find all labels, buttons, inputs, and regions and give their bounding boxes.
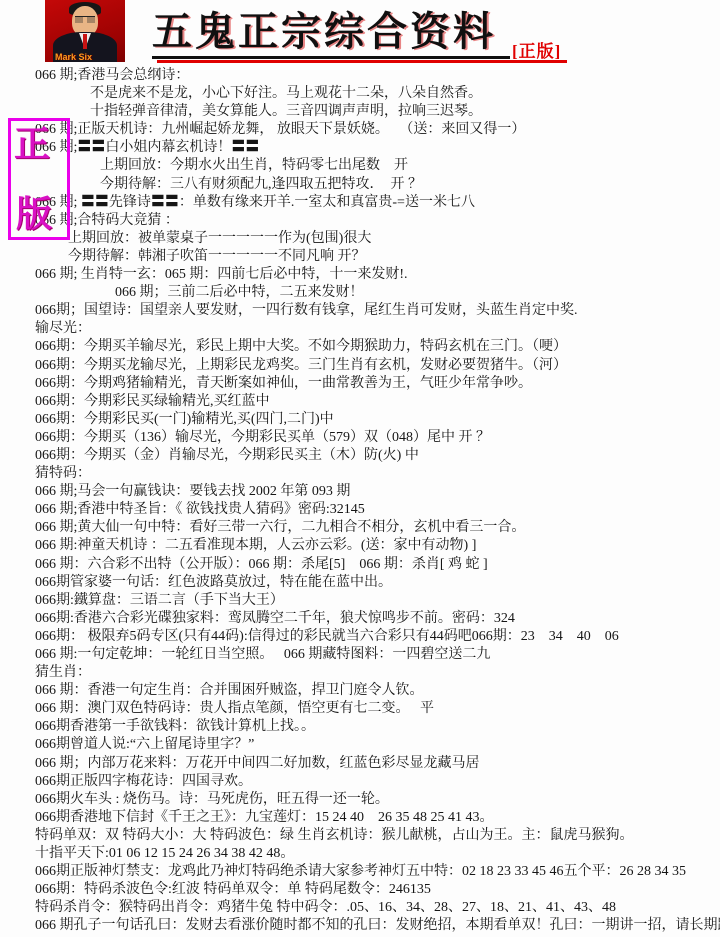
- text-line: 066期：今期买（136）输尽光，今期彩民买单（579）双（048）尾中 开 ？: [0, 429, 720, 447]
- text-line: 066期香港地下信封《千王之王》：九宝莲灯：15 24 40 26 35 48 …: [0, 809, 720, 827]
- text-line: 066期曾道人说:“六上留尾诗里字？”: [0, 736, 720, 754]
- text-line: 066 期孔子一句话孔曰：发财去看涨价随时都不知的孔曰：发财绝招，本期看单双！孔…: [0, 917, 720, 935]
- text-line: 猜特码：: [0, 465, 720, 483]
- text-line: 066 期；三前二后必中特，二五来发财！: [0, 284, 720, 302]
- text-line: 十指平天下:01 06 12 15 24 26 34 38 42 48。: [0, 845, 720, 863]
- text-line: 066 期;香港马会总纲诗：: [0, 67, 720, 85]
- tip-sheet-page: Mark Six 五鬼正宗综合资料 [正版] 正 版 066 期;香港马会总纲诗…: [0, 0, 720, 937]
- text-line: 066 期:神童天机诗 ：二五看准现本期，人云亦云彩。(送：家中有动物) ]: [0, 537, 720, 555]
- text-line: 特码杀肖令：猴特码出肖令：鸡猪牛兔 特中码令：.05、16、34、28、27、1…: [0, 899, 720, 917]
- text-line: 066 期;黄大仙一句中特：看好三带一六行，二九相合不相分，玄机中看三一合。: [0, 519, 720, 537]
- text-line: 066 期:一句定乾坤：一轮红日当空照。 066 期藏特图料：一四碧空送二九: [0, 646, 720, 664]
- text-line: 066期：今期买（金）肖输尽光，今期彩民买主（木）防(火) 中: [0, 447, 720, 465]
- text-line: 066 期;〓〓白小姐内幕玄机诗！〓〓: [0, 139, 720, 157]
- text-line: 066 期;马会一句赢钱诀：要钱去找 2002 年第 093 期: [0, 483, 720, 501]
- text-line: 066 期;正版天机诗：九州崛起娇龙舞， 放眼天下景妖娆。 （送：来回又得一）: [0, 121, 720, 139]
- text-line: 066期管家婆一句话：红色波路莫放过，特在能在蓝中出。: [0, 574, 720, 592]
- text-line: 066期火车头 : 烧伤马。诗：马死虎伤，旺五得一还一轮。: [0, 791, 720, 809]
- text-line: 066期:鐵算盘：三语二言（手下当大王）: [0, 592, 720, 610]
- text-line: 今期待解：韩湘子吹笛一一一一一不同凡响 开？: [0, 248, 720, 266]
- text-line: 十指轻弹音律清，美女算能人。三音四调声声明，拉响三迟琴。: [0, 103, 720, 121]
- title-underline-red: [157, 60, 567, 63]
- text-line: 特码单双：双 特码大小：大 特码波色：绿 生肖玄机诗：猴儿献桃，占山为王。主：鼠…: [0, 827, 720, 845]
- text-line: 猜生肖：: [0, 664, 720, 682]
- text-line: 066期香港第一手欲钱料：欲钱计算机上找。。: [0, 718, 720, 736]
- text-line: 066期；国望诗：国望亲人要发财，一四行数有钱拿，尾红生肖可发财，头蓝生肖定中奖…: [0, 302, 720, 320]
- text-line: 066 期;合特码大竞猜 ：: [0, 212, 720, 230]
- text-line: 066期：今期买龙输尽光，上期彩民龙鸡奖。三门生肖有玄机，发财必要贺猪牛。（河）: [0, 357, 720, 375]
- portrait-tie: [83, 34, 87, 49]
- text-lines: 066 期;香港马会总纲诗：不是虎来不是龙，小心下好注。马上观花十二朵，八朵自然…: [0, 67, 720, 936]
- text-line: 066 期：澳门双色特码诗：贵人指点笔颜，悟空更有七二变。 平: [0, 700, 720, 718]
- text-line: 066期：今期鸡猪输精光，青天断案如神仙，一曲常教善为王，气旺少年常争吵。: [0, 375, 720, 393]
- text-line: 输尽光：: [0, 320, 720, 338]
- text-line: 066期正版神灯禁支：龙鸡此乃神灯特码绝杀请大家参考神灯五中特：02 18 23…: [0, 863, 720, 881]
- publisher-portrait-photo: Mark Six: [45, 0, 125, 62]
- text-line: 不是虎来不是龙，小心下好注。马上观花十二朵，八朵自然香。: [0, 85, 720, 103]
- photo-caption: Mark Six: [55, 52, 92, 62]
- portrait-glasses: [75, 16, 95, 23]
- text-line: 066 期; 〓〓先锋诗〓〓：单数有缘来开羊.一室太和真富贵-=送一米七八: [0, 194, 720, 212]
- title-underline-black: [152, 56, 510, 59]
- text-line: 066期：今期彩民买(一门)输精光,买(四门,二门)中: [0, 411, 720, 429]
- text-line: 066期：今期买羊输尽光，彩民上期中大奖。不如今期猴助力，特码玄机在三门。（哽）: [0, 338, 720, 356]
- text-line: 066 期：香港一句定生肖：合并围困歼贼盗，捍卫门庭令人钦。: [0, 682, 720, 700]
- text-line: 上期回放：被单蒙桌子一一一一一作为(包围)很大: [0, 230, 720, 248]
- header: Mark Six 五鬼正宗综合资料 [正版]: [0, 0, 720, 66]
- stamp-char-bottom: 版: [16, 196, 52, 232]
- text-line: 066期正版四字梅花诗：四国寻欢。: [0, 773, 720, 791]
- text-line: 上期回放：今期水火出生肖，特码零七出尾数 开: [0, 157, 720, 175]
- text-line: 066期：今期彩民买绿输精光,买红蓝中: [0, 393, 720, 411]
- text-line: 066 期；内部万花来料：万花开中间四二好加数，红蓝色彩尽显龙藏马居: [0, 755, 720, 773]
- text-line: 066 期; 生肖特一玄：065 期：四前七后必中特，十一来发财!.: [0, 266, 720, 284]
- text-line: 066 期：六合彩不出特（公开版）：066 期：杀尾[5] 066 期：杀肖[ …: [0, 556, 720, 574]
- text-line: 066期：特码杀波色令:红波 特码单双令：单 特码尾数令：246135: [0, 881, 720, 899]
- text-line: 066 期;香港中特圣旨：《 欲钱找贵人猜码》密码:32145: [0, 501, 720, 519]
- stamp-char-top: 正: [14, 126, 50, 162]
- edition-tag: [正版]: [512, 37, 561, 62]
- text-line: 066期： 极限弃5码专区(只有44码):信得过的彩民就当六合彩只有44码吧06…: [0, 628, 720, 646]
- text-line: 066期:香港六合彩光碟独家料：鸾凤腾空二千年，狼犬惊鸣步不前。密码：324: [0, 610, 720, 628]
- text-line: 今期待解：三八有财须配九,逢四取五把特攻． 开 ？: [0, 176, 720, 194]
- page-title: 五鬼正宗综合资料: [152, 8, 496, 56]
